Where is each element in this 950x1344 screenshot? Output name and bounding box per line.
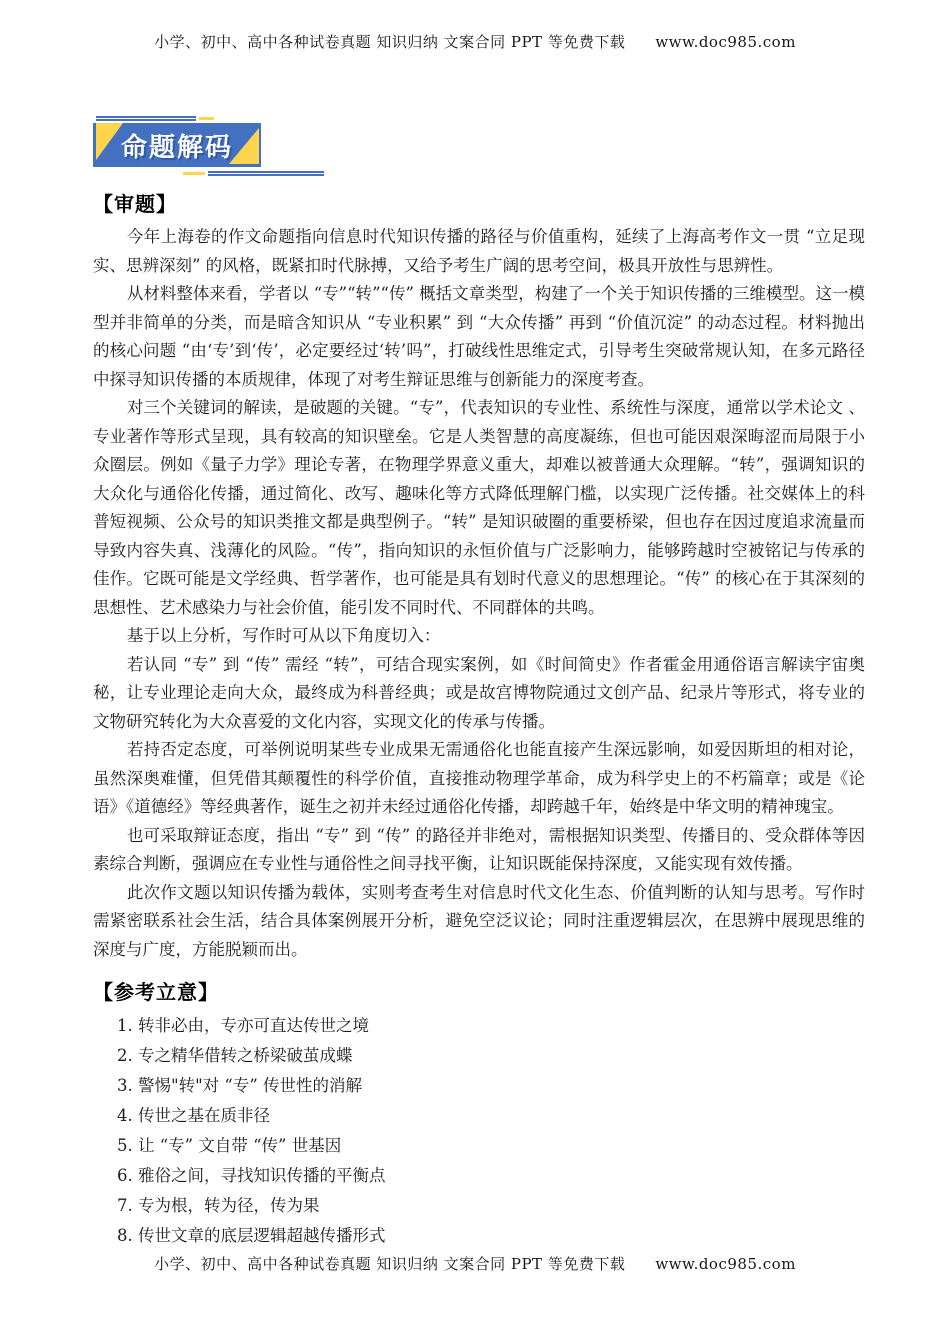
banner-left-triangle-icon bbox=[96, 123, 123, 160]
paragraph-5: 若认同 “专” 到 “传” 需经 “转”，可结合现实案例，如《时间简史》作者霍金… bbox=[93, 651, 865, 737]
paragraph-1: 今年上海卷的作文命题指向信息时代知识传播的路径与价值重构，延续了上海高考作文一贯… bbox=[93, 223, 865, 280]
banner-top-rule bbox=[93, 115, 433, 121]
banner-right-triangle-icon bbox=[229, 128, 259, 164]
banner-top-yellow-dash bbox=[199, 117, 214, 120]
banner-bottom-rule bbox=[93, 170, 433, 176]
page-footer: 小学、初中、高中各种试卷真题 知识归纳 文案合同 PPT 等免费下载www.do… bbox=[0, 1253, 950, 1274]
list-item-3: 3. 警惕"转"对 “专” 传世性的消解 bbox=[117, 1071, 865, 1101]
banner-body: 命题解码 bbox=[93, 123, 261, 167]
liyi-heading: 【参考立意】 bbox=[93, 976, 865, 1005]
list-item-1: 1. 转非必由，专亦可直达传世之境 bbox=[117, 1011, 865, 1041]
paragraph-2: 从材料整体来看，学者以 “专”“转”“传” 概括文章类型，构建了一个关于知识传播… bbox=[93, 280, 865, 394]
list-item-8: 8. 传世文章的底层逻辑超越传播形式 bbox=[117, 1221, 865, 1251]
list-item-6: 6. 雅俗之间，寻找知识传播的平衡点 bbox=[117, 1161, 865, 1191]
page-header: 小学、初中、高中各种试卷真题 知识归纳 文案合同 PPT 等免费下载www.do… bbox=[0, 0, 950, 52]
list-item-5: 5. 让 “专” 文自带 “传” 世基因 bbox=[117, 1131, 865, 1161]
list-item-4: 4. 传世之基在质非径 bbox=[117, 1101, 865, 1131]
paragraph-8: 此次作文题以知识传播为载体，实则考查考生对信息时代文化生态、价值判断的认知与思考… bbox=[93, 879, 865, 965]
footer-site-link[interactable]: www.doc985.com bbox=[655, 1255, 796, 1273]
paragraph-4: 基于以上分析，写作时可从以下角度切入： bbox=[93, 622, 865, 651]
document-page: 小学、初中、高中各种试卷真题 知识归纳 文案合同 PPT 等免费下载www.do… bbox=[0, 0, 950, 1344]
paragraph-7: 也可采取辩证态度，指出 “专” 到 “传” 的路径并非绝对，需根据知识类型、传播… bbox=[93, 822, 865, 879]
shenti-heading: 【审题】 bbox=[93, 188, 865, 217]
list-item-2: 2. 专之精华借转之桥梁破茧成蝶 bbox=[117, 1041, 865, 1071]
list-item-7: 7. 专为根，转为径，传为果 bbox=[117, 1191, 865, 1221]
banner-bottom-blue-line bbox=[208, 171, 324, 176]
banner-title: 命题解码 bbox=[121, 127, 233, 164]
banner-top-blue-line bbox=[96, 116, 196, 121]
document-content: 命题解码 【审题】 今年上海卷的作文命题指向信息时代知识传播的路径与价值重构，延… bbox=[93, 115, 865, 1251]
section-banner: 命题解码 bbox=[93, 115, 433, 176]
banner-bottom-yellow-dash bbox=[183, 172, 205, 175]
header-site-link[interactable]: www.doc985.com bbox=[655, 33, 796, 51]
footer-text: 小学、初中、高中各种试卷真题 知识归纳 文案合同 PPT 等免费下载 bbox=[154, 1255, 625, 1273]
idea-list: 1. 转非必由，专亦可直达传世之境 2. 专之精华借转之桥梁破茧成蝶 3. 警惕… bbox=[93, 1011, 865, 1251]
paragraph-6: 若持否定态度，可举例说明某些专业成果无需通俗化也能直接产生深远影响，如爱因斯坦的… bbox=[93, 736, 865, 822]
header-text: 小学、初中、高中各种试卷真题 知识归纳 文案合同 PPT 等免费下载 bbox=[154, 33, 625, 51]
paragraph-3: 对三个关键词的解读，是破题的关键。“专”，代表知识的专业性、系统性与深度，通常以… bbox=[93, 394, 865, 622]
